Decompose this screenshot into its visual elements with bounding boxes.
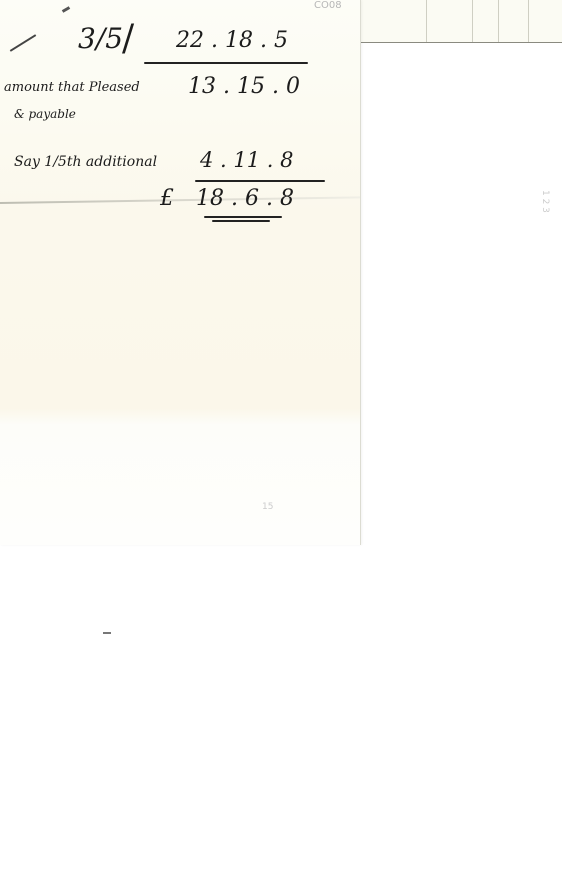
line1-label: amount that Pleased: [4, 80, 140, 95]
ruled-line: [528, 0, 529, 42]
ruled-line: [426, 0, 427, 42]
fraction: 3/5: [78, 22, 123, 55]
currency-symbol: £: [160, 186, 174, 211]
line3-amount: 4 . 11 . 8: [200, 148, 294, 172]
grand-total-underline: [204, 216, 282, 218]
grand-total-double-underline: [212, 220, 270, 222]
side-mark: 1 2 3: [540, 190, 550, 213]
fold-crease: [0, 196, 360, 204]
page-mark: 15: [262, 502, 273, 512]
grand-total: 18 . 6 . 8: [196, 186, 294, 211]
total-rule: [195, 180, 325, 182]
archive-number: CO08: [314, 0, 342, 11]
background-sheet: [352, 0, 562, 43]
ruled-line: [498, 0, 499, 42]
divider-slash: /: [122, 18, 134, 59]
line3-label: Say 1/5th additional: [14, 154, 157, 170]
subtotal-amount: 22 . 18 . 5: [176, 28, 288, 53]
line1-amount: 13 . 15 . 0: [188, 74, 300, 99]
subtotal-underline: [144, 62, 308, 64]
stray-mark: [103, 632, 111, 634]
ruled-line: [472, 0, 473, 42]
line2-label: & payable: [14, 107, 76, 121]
